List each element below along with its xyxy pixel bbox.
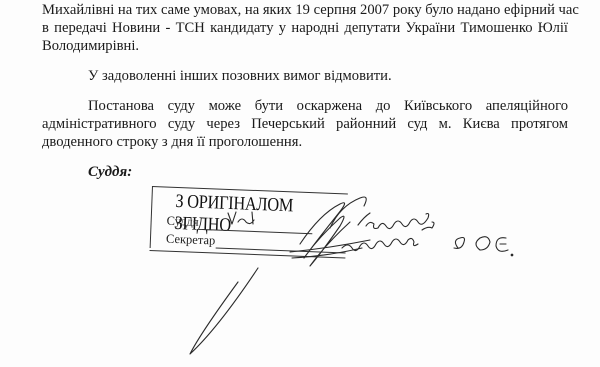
- handwritten-signatures-icon: [0, 0, 600, 367]
